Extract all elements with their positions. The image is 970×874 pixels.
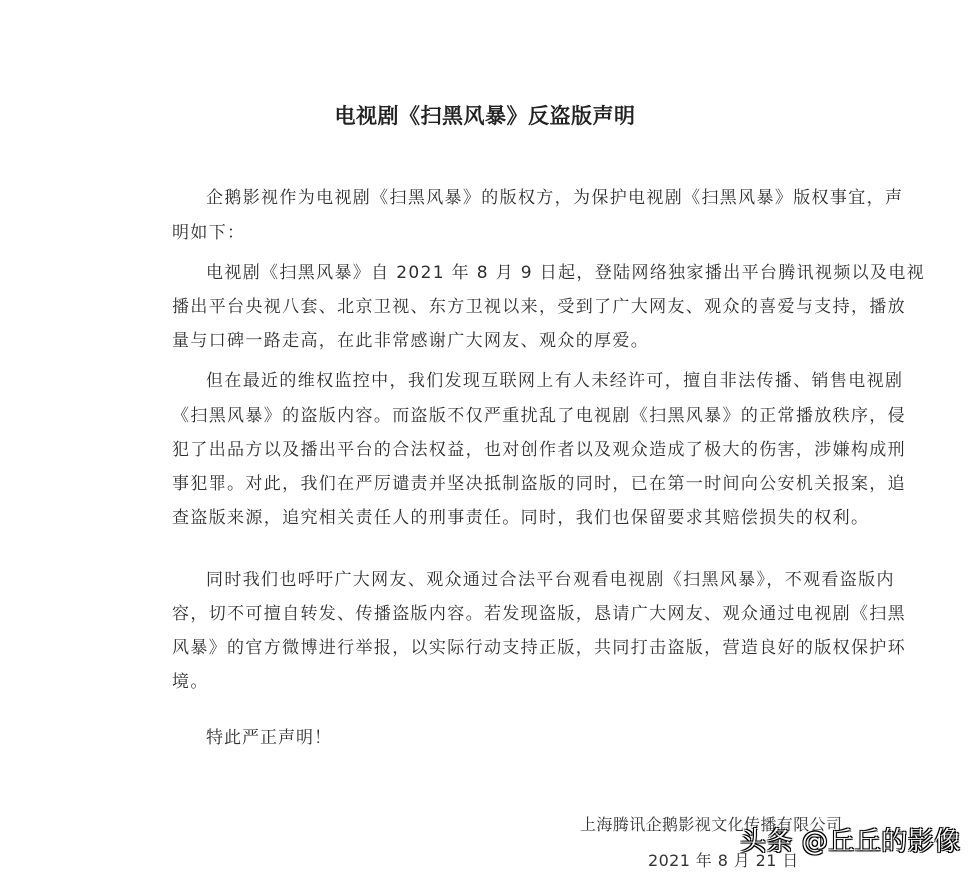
paragraph-3-line-4: 事犯罪。对此，我们在严厉谴责并坚决抵制盗版的同时，已在第一时间向公安机关报案，追 bbox=[172, 473, 852, 495]
closing-statement: 特此严正声明！ bbox=[206, 723, 332, 748]
statement-document: 电视剧《扫黑风暴》反盗版声明 企鹅影视作为电视剧《扫黑风暴》的版权方，为保护电视… bbox=[0, 0, 970, 874]
paragraph-2-line-3: 量与口碑一路走高，在此非常感谢广大网友、观众的厚爱。 bbox=[172, 330, 852, 352]
paragraph-3-line-1: 但在最近的维权监控中，我们发现互联网上有人未经许可，擅自非法传播、销售电视剧 bbox=[206, 370, 886, 392]
watermark-label: 头条 @丘丘的影像 bbox=[740, 821, 961, 858]
paragraph-4-line-3: 风暴》的官方微博进行举报，以实际行动支持正版，共同打击盗版，营造良好的版权保护环 bbox=[172, 637, 852, 659]
paragraph-1-line-1: 企鹅影视作为电视剧《扫黑风暴》的版权方，为保护电视剧《扫黑风暴》版权事宜，声 bbox=[206, 187, 886, 209]
paragraph-3-line-5: 查盗版来源，追究相关责任人的刑事责任。同时，我们也保留要求其赔偿损失的权利。 bbox=[172, 507, 852, 529]
paragraph-3-line-3: 犯了出品方以及播出平台的合法权益，也对创作者以及观众造成了极大的伤害，涉嫌构成刑 bbox=[172, 439, 852, 461]
paragraph-1-line-2: 明如下： bbox=[172, 222, 852, 244]
document-title: 电视剧《扫黑风暴》反盗版声明 bbox=[0, 100, 970, 130]
paragraph-4-line-2: 容，切不可擅自转发、传播盗版内容。若发现盗版，恳请广大网友、观众通过电视剧《扫黑 bbox=[172, 603, 852, 625]
paragraph-4-line-4: 境。 bbox=[172, 671, 852, 693]
paragraph-2-line-2: 播出平台央视八套、北京卫视、东方卫视以来，受到了广大网友、观众的喜爱与支持，播放 bbox=[172, 296, 852, 318]
paragraph-2-line-1: 电视剧《扫黑风暴》自 2021 年 8 月 9 日起，登陆网络独家播出平台腾讯视… bbox=[206, 262, 886, 284]
paragraph-3-line-2: 《扫黑风暴》的盗版内容。而盗版不仅严重扰乱了电视剧《扫黑风暴》的正常播放秩序，侵 bbox=[172, 405, 852, 427]
paragraph-4-line-1: 同时我们也呼吁广大网友、观众通过合法平台观看电视剧《扫黑风暴》，不观看盗版内 bbox=[206, 569, 886, 591]
